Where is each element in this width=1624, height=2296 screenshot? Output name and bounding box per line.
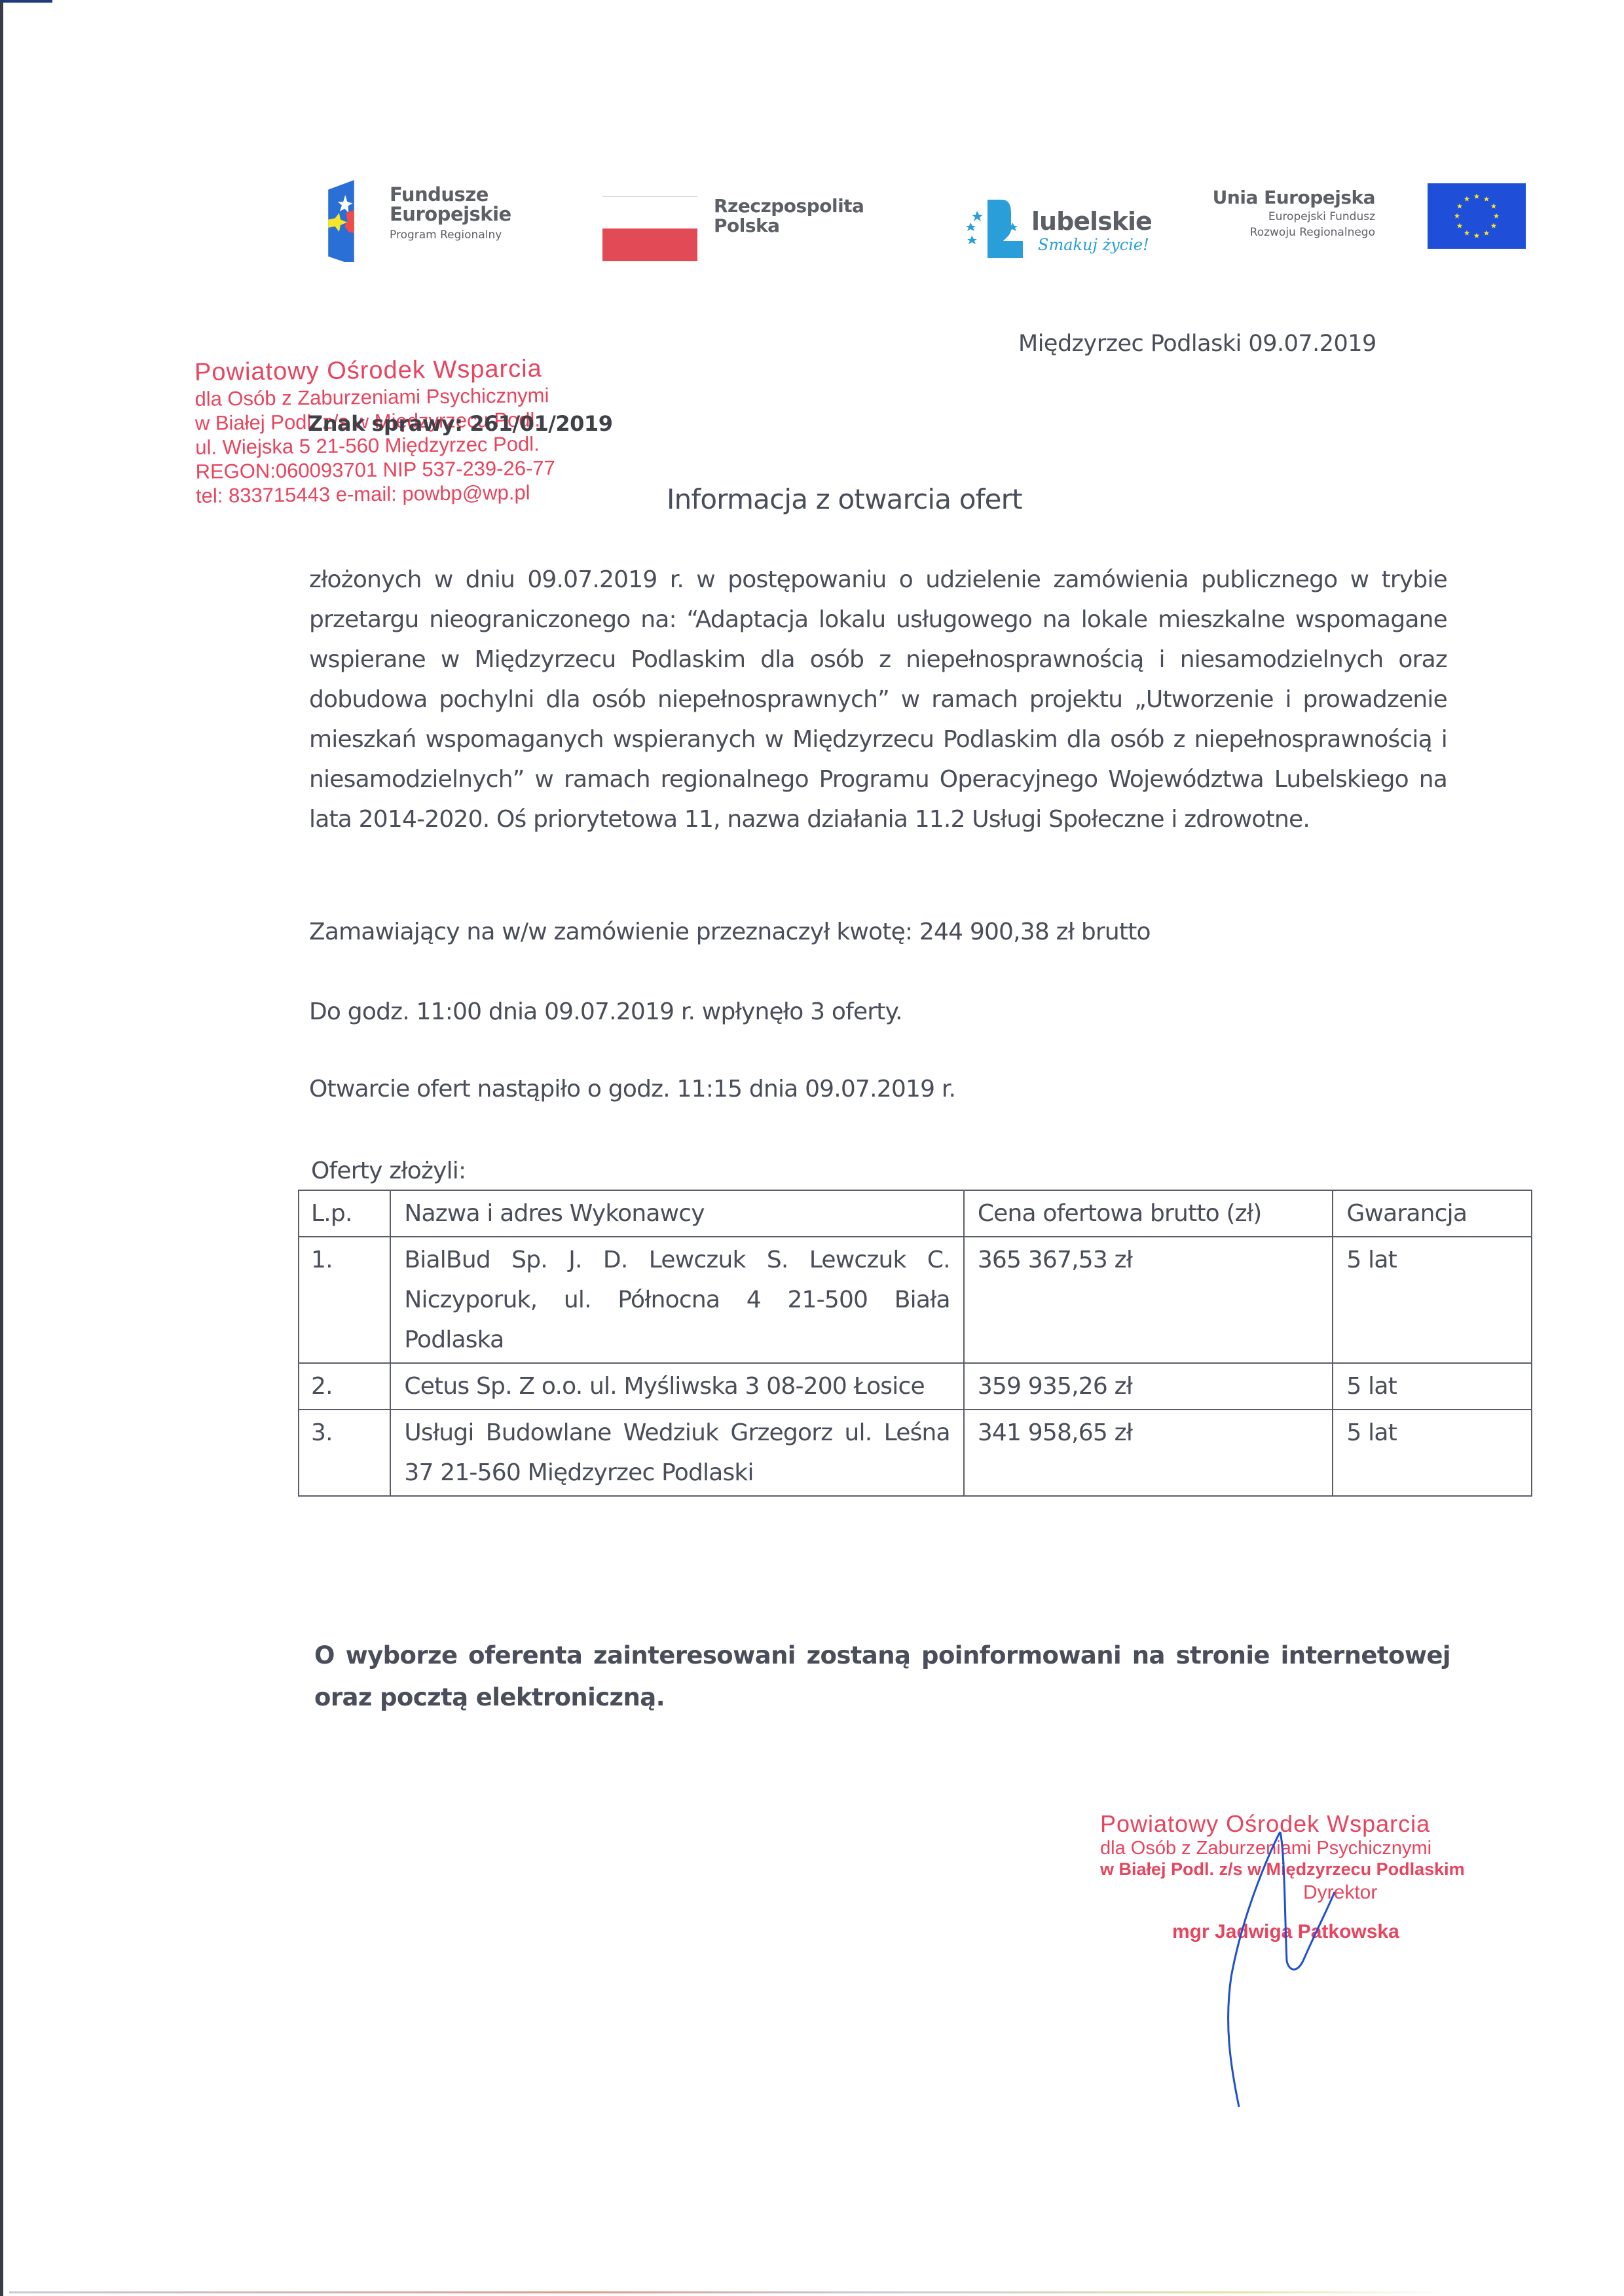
logo-text-line: Rzeczpospolita [714, 196, 864, 216]
case-reference: Znak sprawy: 261/01/2019 [308, 411, 612, 436]
opening-line: Otwarcie ofert nastąpiło o godz. 11:15 d… [309, 1076, 955, 1102]
logo-text-line: Rozwoju Regionalnego [1179, 225, 1375, 240]
logo-fundusze-europejskie: Fundusze Europejskie Program Regionalny [327, 177, 576, 262]
cell-price: 365 367,53 zł [964, 1237, 1333, 1363]
cell-warranty: 5 lat [1333, 1237, 1532, 1363]
cell-contractor: Cetus Sp. Z o.o. ul. Myśliwska 3 08-200 … [390, 1363, 963, 1410]
table-row: 2. Cetus Sp. Z o.o. ul. Myśliwska 3 08-2… [299, 1363, 1532, 1410]
column-header: L.p. [299, 1190, 390, 1237]
logo-bar: Fundusze Europejskie Program Regionalny … [327, 177, 1526, 262]
logo-text-line: Program Regionalny [390, 224, 511, 246]
lubelskie-icon [963, 196, 1028, 262]
table-header-row: L.p. Nazwa i adres Wykonawcy Cena oferto… [299, 1190, 1532, 1237]
lubelskie-name: lubelskie [1031, 210, 1152, 233]
stamp-line: Powiatowy Ośrodek Wsparcia [194, 355, 555, 387]
intro-paragraph: złożonych w dniu 09.07.2019 r. w postępo… [309, 560, 1447, 839]
logo-text-line: Europejskie [390, 204, 511, 224]
body-text: złożonych w dniu 09.07.2019 r. w postępo… [309, 560, 1447, 839]
stamp-line: dla Osób z Zaburzeniami Psychicznymi [194, 383, 555, 411]
cell-lp: 3. [299, 1410, 390, 1496]
polish-flag-icon [602, 196, 697, 263]
eu-flag-icon [1428, 183, 1526, 249]
lubelskie-slogan: Smakuj życie! [1038, 236, 1149, 254]
offers-label: Oferty złożyli: [311, 1157, 466, 1184]
logo-text-line: Fundusze [390, 185, 511, 204]
stamp-line: REGON:060093701 NIP 537-239-26-77 [195, 456, 555, 484]
offers-table: L.p. Nazwa i adres Wykonawcy Cena oferto… [298, 1190, 1532, 1497]
table-row: 1. BialBud Sp. J. D. Lewczuk S. Lewczuk … [299, 1237, 1532, 1363]
conclusion-text: O wyborze oferenta zainteresowani zostan… [314, 1635, 1450, 1719]
logo-text-line: Europejski Fundusz [1179, 209, 1375, 225]
logo-text-line: Unia Europejska [1179, 187, 1375, 209]
budget-line: Zamawiający na w/w zamówienie przeznaczy… [309, 919, 1151, 945]
handwritten-signature-icon [1205, 1827, 1336, 2108]
logo-text-line: Polska [714, 216, 864, 236]
cell-price: 359 935,26 zł [964, 1363, 1333, 1410]
unia-europejska-text: Unia Europejska Europejski Fundusz Rozwo… [1179, 187, 1375, 240]
fundusze-europejskie-text: Fundusze Europejskie Program Regionalny [390, 185, 511, 246]
cell-price: 341 958,65 zł [964, 1410, 1333, 1496]
cell-warranty: 5 lat [1333, 1363, 1532, 1410]
table-row: 3. Usługi Budowlane Wedziuk Grzegorz ul.… [299, 1410, 1532, 1496]
cell-contractor: BialBud Sp. J. D. Lewczuk S. Lewczuk C. … [390, 1237, 963, 1363]
scan-edge [0, 0, 3, 2296]
cell-contractor: Usługi Budowlane Wedziuk Grzegorz ul. Le… [390, 1410, 963, 1496]
document-title: Informacja z otwarcia ofert [667, 483, 1022, 515]
cell-warranty: 5 lat [1333, 1410, 1532, 1496]
column-header: Cena ofertowa brutto (zł) [964, 1190, 1333, 1237]
fundusze-europejskie-icon [327, 180, 355, 262]
scan-edge-bottom [9, 2291, 1450, 2293]
scan-edge-corner [0, 0, 52, 3]
place-date: Międzyrzec Podlaski 09.07.2019 [1018, 331, 1376, 357]
column-header: Gwarancja [1333, 1190, 1532, 1237]
cell-lp: 1. [299, 1237, 390, 1363]
cell-lp: 2. [299, 1363, 390, 1410]
deadline-line: Do godz. 11:00 dnia 09.07.2019 r. wpłynę… [309, 998, 902, 1025]
column-header: Nazwa i adres Wykonawcy [390, 1190, 963, 1237]
rzeczpospolita-polska-text: Rzeczpospolita Polska [714, 196, 864, 236]
stamp-line: tel: 833715443 e-mail: powbp@wp.pl [196, 480, 556, 508]
